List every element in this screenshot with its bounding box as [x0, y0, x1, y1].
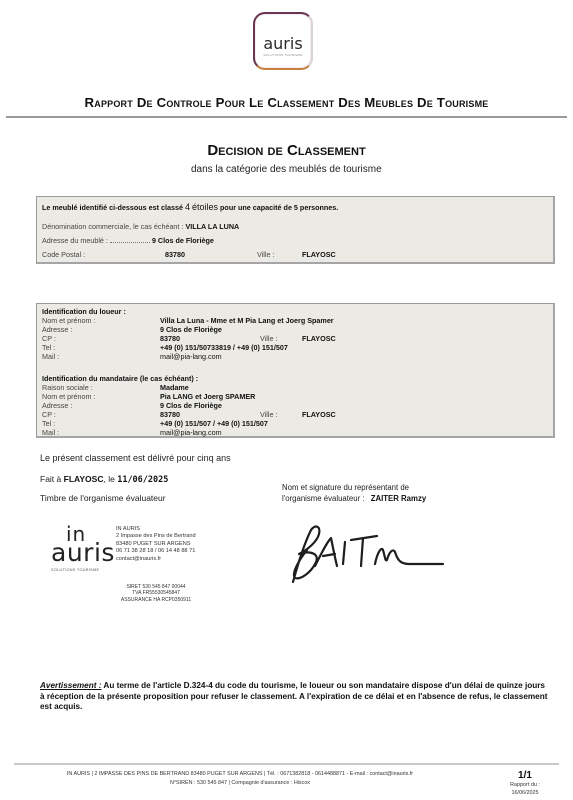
identification-box: Identification du loueur : Nom et prénom… — [36, 303, 555, 438]
made-at-city: FLAYOSC — [64, 474, 104, 484]
report-title: Rapport De Controle Pour Le Classement D… — [0, 95, 573, 110]
owner-city: FLAYOSC — [302, 334, 336, 343]
city-label: Ville : — [257, 250, 274, 259]
warning-notice: Avertissement : Au terme de l'article D.… — [40, 681, 550, 713]
star-unit: étoiles — [192, 202, 218, 212]
footer-divider — [14, 763, 559, 765]
stamp-address: IN AURIS 2 Impasse des Pins de Bertrand … — [116, 526, 196, 563]
postal-label: Code Postal : — [42, 250, 85, 259]
agent-company-row: Raison sociale : Madame — [42, 383, 542, 392]
made-at-line: Fait à FLAYOSC, le 11/06/2025 — [40, 474, 168, 485]
decision-title: Decision de Classement — [0, 142, 573, 159]
owner-tel-row: Tel : +49 (0) 151/50733819 / +49 (0) 151… — [42, 343, 542, 352]
warning-heading: Avertissement : — [40, 681, 101, 690]
denomination-row: Dénomination commerciale, le cas échéant… — [42, 222, 239, 231]
owner-address: 9 Clos de Floriège — [160, 325, 222, 334]
stamp-label: Timbre de l'organisme évaluateur — [40, 493, 166, 503]
title-divider — [6, 116, 567, 118]
handwritten-signature — [285, 520, 445, 590]
agent-name: Pia LANG et Joerg SPAMER — [160, 392, 255, 401]
stamp-logo-tag: SOLUTIONS TOURISME — [51, 568, 99, 572]
stamp-logo-auris: auris — [51, 538, 115, 567]
city-value: FLAYOSC — [302, 250, 336, 259]
star-count: 4 — [185, 202, 190, 212]
stamp-ids: SIRET 530 545 847 00044 TVA FR5553054584… — [106, 584, 206, 603]
owner-cp: 83780 — [160, 334, 180, 343]
report-date-value: 16/06/2025 — [500, 790, 550, 798]
agent-name-row: Nom et prénom : Pia LANG et Joerg SPAMER — [42, 392, 542, 401]
report-date-block: Rapport du : 16/06/2025 — [500, 782, 550, 797]
agent-city: FLAYOSC — [302, 410, 336, 419]
footer-info: IN AURIS | 2 IMPASSE DES PINS DE BERTRAN… — [20, 770, 460, 788]
footer-line2: N°SIREN : 530 545 847 | Compagnie d'assu… — [20, 779, 460, 788]
owner-mail[interactable]: mail@pia-lang.com — [160, 352, 222, 361]
denomination-label: Dénomination commerciale, le cas échéant… — [42, 222, 183, 231]
footer-line1: IN AURIS | 2 IMPASSE DES PINS DE BERTRAN… — [20, 770, 460, 779]
owner-cp-row: CP : 83780 Ville : FLAYOSC — [42, 334, 542, 343]
agent-mail-row: Mail : mail@pia-lang.com — [42, 428, 542, 437]
decision-subtitle: dans la catégorie des meublés de tourism… — [191, 164, 382, 175]
agent-company: Madame — [160, 383, 189, 392]
owner-tel: +49 (0) 151/50733819 / +49 (0) 151/507 — [160, 343, 288, 352]
signatory-label-line1: Nom et signature du représentant de — [282, 483, 409, 492]
owner-heading: Identification du loueur : — [42, 307, 126, 316]
made-at-date: 11/06/2025 — [117, 475, 168, 485]
agent-address: 9 Clos de Floriège — [160, 401, 222, 410]
classification-sentence: Le meublé identifié ci-dessous est class… — [42, 202, 338, 212]
signatory-name: ZAITER Ramzy — [371, 494, 426, 503]
report-date-label: Rapport du : — [500, 782, 550, 790]
postal-value: 83780 — [165, 250, 185, 259]
address-label: Adresse du meublé : — [42, 236, 108, 245]
denomination-value: VILLA LA LUNA — [185, 222, 239, 231]
agent-mail[interactable]: mail@pia-lang.com — [160, 428, 222, 437]
warning-text: Au terme de l'article D.324-4 du code du… — [40, 681, 547, 711]
agent-cp: 83780 — [160, 410, 180, 419]
auris-logo: auris SOLUTIONS TOURISME — [253, 12, 313, 70]
page-number: 1/1 — [505, 770, 545, 781]
owner-address-row: Adresse : 9 Clos de Floriège — [42, 325, 542, 334]
address-value: 9 Clos de Floriège — [152, 236, 214, 245]
signatory-label-line2: l'organisme évaluateur : ZAITER Ramzy — [282, 494, 426, 503]
owner-name: Villa La Luna - Mme et M Pia Lang et Joe… — [160, 316, 334, 325]
company-stamp: in auris SOLUTIONS TOURISME IN AURIS 2 I… — [48, 520, 248, 605]
postal-row: Code Postal : 83780 Ville : FLAYOSC — [42, 250, 542, 259]
agent-cp-row: CP : 83780 Ville : FLAYOSC — [42, 410, 542, 419]
address-row: Adresse du meublé : 9 Clos de Floriège — [42, 236, 214, 245]
validity-text: Le présent classement est délivré pour c… — [40, 453, 231, 463]
agent-tel: +49 (0) 151/507 / +49 (0) 151/507 — [160, 419, 268, 428]
owner-mail-row: Mail : mail@pia-lang.com — [42, 352, 542, 361]
agent-address-row: Adresse : 9 Clos de Floriège — [42, 401, 542, 410]
owner-name-row: Nom et prénom : Villa La Luna - Mme et M… — [42, 316, 542, 325]
logo-frame — [253, 12, 313, 70]
agent-heading: Identification du mandataire (le cas éch… — [42, 374, 198, 383]
agent-tel-row: Tel : +49 (0) 151/507 / +49 (0) 151/507 — [42, 419, 542, 428]
classification-box: Le meublé identifié ci-dessous est class… — [36, 196, 555, 264]
